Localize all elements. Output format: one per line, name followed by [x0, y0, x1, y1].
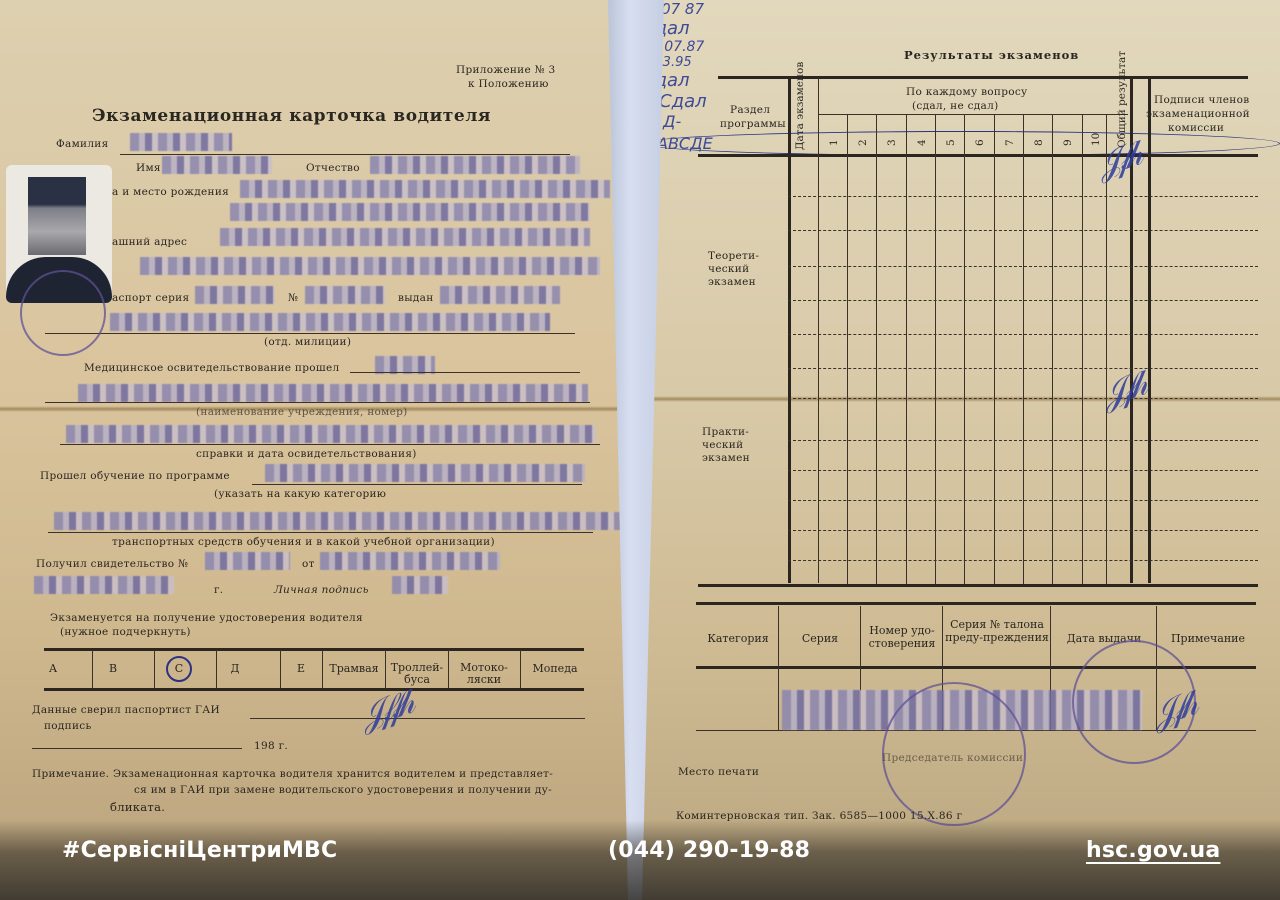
license-number-header: Номер удо-стоверения: [862, 624, 942, 650]
theory-exam-result: Сдал: [642, 18, 1280, 39]
exam-for-label: Экзаменуется на получение удостоверения …: [50, 612, 363, 624]
medical-caption-2: справки и дата освидетельствования): [196, 448, 417, 460]
photo-stamp: [20, 270, 106, 356]
note-line-2: ся им в ГАИ при замене водительского удо…: [134, 784, 552, 796]
category-c-circled: С: [166, 656, 192, 682]
note-line-3: бликата.: [110, 800, 165, 814]
category-a: А: [46, 662, 60, 675]
year-suffix: г.: [214, 584, 223, 596]
license-categories-circled: АВСДЕ: [642, 131, 1280, 156]
redacted-surname: [130, 133, 232, 151]
redacted-patronymic: [370, 156, 580, 174]
address-label: ашний адрес: [112, 236, 187, 248]
category-e: Е: [294, 662, 308, 675]
surname-label: Фамилия: [56, 138, 109, 150]
practical-exam-label: Практи- ческий экзамен: [702, 426, 750, 465]
medical-label: Медицинское освитедельствование прошел: [84, 362, 339, 374]
verified-by-label: Данные сверил паспортист ГАИ: [32, 704, 220, 716]
police-dept-caption: (отд. милиции): [264, 336, 351, 348]
category-moped: Мопеда: [526, 662, 584, 675]
year-field: 198 г.: [254, 740, 288, 752]
category-b: В: [106, 662, 120, 675]
category-d: Д: [228, 662, 242, 675]
stamp-place-label: Место печати: [678, 766, 759, 778]
per-question-header: По каждому вопросу: [906, 86, 1028, 98]
issued-label: выдан: [398, 292, 434, 304]
warning-coupon-header: Серия № талона преду-преждения: [944, 618, 1050, 644]
remark-header: Примечание: [1158, 632, 1258, 645]
theory-exam-date: 1. 07 87: [642, 0, 1280, 18]
footer-website-link[interactable]: hsc.gov.ua: [1086, 838, 1220, 863]
footer-phone: (044) 290-19-88: [608, 838, 810, 863]
signatures-header: Подписи членов: [1154, 94, 1249, 106]
exam-card-front: Приложение № 3 к Положению Экзаменационн…: [0, 0, 628, 900]
theory-exam-label: Теорети- ческий экзамен: [708, 250, 759, 289]
patronymic-label: Отчество: [306, 162, 360, 174]
passport-label: аспорт серия: [112, 292, 189, 304]
practical-commission-signature: 𝒥𝒻𝒽: [1097, 365, 1148, 415]
certificate-label: Получил свидетельство №: [36, 558, 188, 570]
category-trolleybus: Троллей-буса: [388, 662, 446, 686]
signature-label: подпись: [44, 720, 91, 732]
exam-card-back: Результаты экзаменов Раздел программы Да…: [642, 0, 1280, 900]
underline-needed: (нужное подчеркнуть): [60, 626, 191, 638]
redacted-birth: [240, 180, 610, 198]
medical-caption: (наименование учреждения, номер): [196, 406, 408, 418]
date-header: Дата экзаменов: [794, 62, 806, 150]
training-caption-2: транспортных средств обучения и в какой …: [112, 536, 495, 548]
birth-label: а и место рождения: [112, 186, 229, 198]
appendix-line-2: к Положению: [468, 78, 549, 90]
section-header: Раздел: [730, 104, 770, 116]
appendix-line-1: Приложение № 3: [456, 64, 555, 76]
training-caption: (указать на какую категорию: [214, 488, 386, 500]
name-label: Имя: [136, 162, 161, 174]
training-label: Прошел обучение по программе: [40, 470, 230, 482]
redacted-name: [162, 156, 272, 174]
passport-no-label: №: [288, 292, 298, 304]
card-title: Экзаменационная карточка водителя: [92, 106, 491, 126]
license-series-header: Серия: [780, 632, 860, 645]
footer-hashtag: #СервісніЦентриМВС: [62, 838, 337, 863]
note-line-1: Примечание. Экзаменационная карточка вод…: [32, 768, 553, 780]
personal-signature-label: Личная подпись: [274, 584, 369, 596]
results-title: Результаты экзаменов: [904, 48, 1079, 62]
category-motorcycle-sidecar: Мотоко-ляски: [450, 662, 518, 686]
chairman-label: Председатель комиссии: [882, 752, 1023, 764]
category-tram: Трамвая: [324, 662, 384, 675]
paper-fold: [642, 396, 1280, 402]
overall-header: Общий результат: [1116, 51, 1128, 148]
license-category-header: Категория: [698, 632, 778, 645]
inspector-signature: 𝒥𝒻𝒻𝒽: [355, 683, 414, 736]
certificate-from-label: от: [302, 558, 315, 570]
